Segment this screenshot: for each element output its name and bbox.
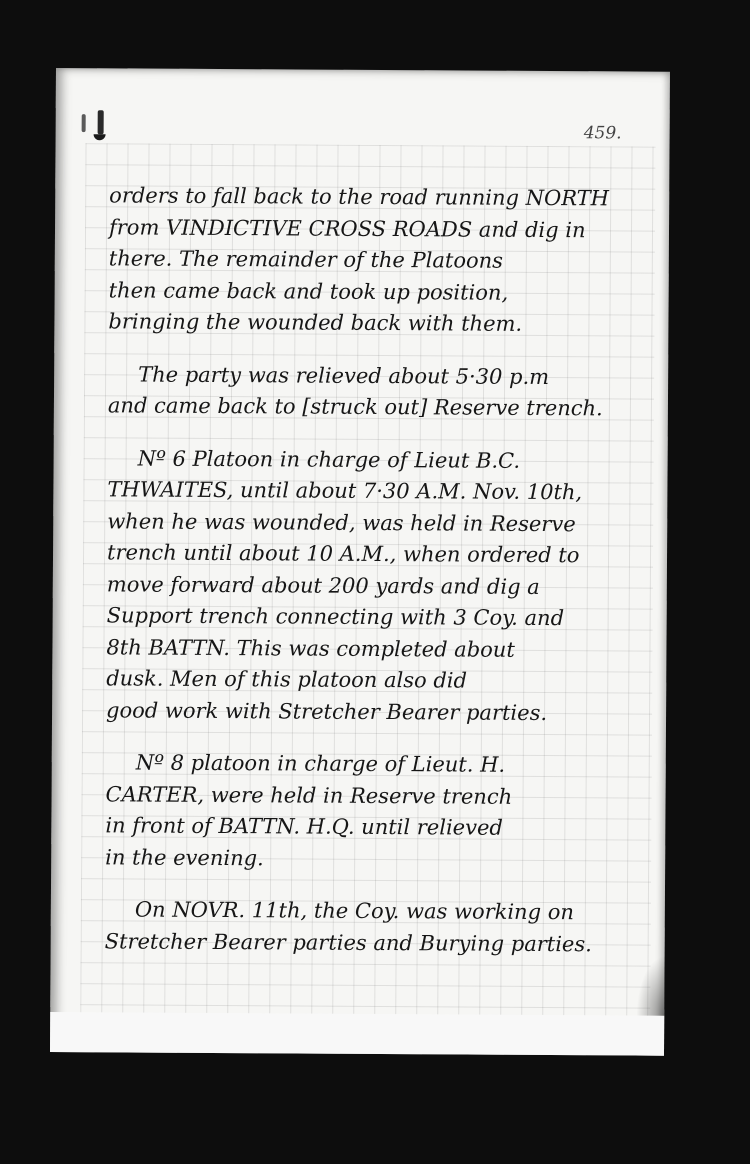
- text-line: in the evening.: [105, 842, 645, 877]
- notebook-page: 459. orders to fall back to the road run…: [50, 68, 670, 1056]
- page-number: 459.: [584, 123, 622, 143]
- text-line: Nº 6 Platoon in charge of Lieut B.C.: [108, 443, 648, 478]
- handwritten-text: orders to fall back to the road running …: [104, 180, 649, 981]
- paragraph-party-relieved: The party was relieved about 5·30 p.m an…: [108, 359, 648, 425]
- text-line: dusk. Men of this platoon also did: [106, 663, 646, 698]
- text-line: move forward about 200 yards and dig a: [107, 569, 647, 604]
- text-line: there. The remainder of the Platoons: [109, 243, 649, 278]
- text-line: THWAITES, until about 7·30 A.M. Nov. 10t…: [107, 474, 647, 509]
- text-line: in front of BATTN. H.Q. until relieved: [105, 810, 645, 845]
- ink-mark-icon: [82, 110, 110, 142]
- ink-mark-blot: [94, 134, 106, 140]
- text-line: and came back to [struck out] Reserve tr…: [108, 390, 648, 425]
- text-line: Stretcher Bearer parties and Burying par…: [105, 926, 645, 961]
- text-line: 8th BATTN. This was completed about: [106, 632, 646, 667]
- paragraph-nov-11: On NOVR. 11th, the Coy. was working on S…: [105, 894, 645, 960]
- text-line: CARTER, were held in Reserve trench: [105, 779, 645, 814]
- paragraph-no8-platoon: Nº 8 platoon in charge of Lieut. H. CART…: [105, 747, 646, 876]
- text-line: Support trench connecting with 3 Coy. an…: [107, 600, 647, 635]
- text-line: then came back and took up position,: [109, 275, 649, 310]
- text-line: On NOVR. 11th, the Coy. was working on: [105, 894, 645, 929]
- text-line: Nº 8 platoon in charge of Lieut. H.: [106, 747, 646, 782]
- text-line: when he was wounded, was held in Reserve: [107, 506, 647, 541]
- text-line: orders to fall back to the road running …: [109, 180, 649, 215]
- ink-mark-stroke: [98, 110, 104, 134]
- scanned-document: 459. orders to fall back to the road run…: [0, 0, 750, 1164]
- paragraph-no6-platoon: Nº 6 Platoon in charge of Lieut B.C. THW…: [106, 443, 648, 730]
- text-line: The party was relieved about 5·30 p.m: [108, 359, 648, 394]
- text-line: trench until about 10 A.M., when ordered…: [107, 537, 647, 572]
- ink-mark-stroke: [82, 114, 86, 132]
- text-line: good work with Stretcher Bearer parties.: [106, 695, 646, 730]
- text-line: from VINDICTIVE CROSS ROADS and dig in: [109, 212, 649, 247]
- paragraph-continuation: orders to fall back to the road running …: [108, 180, 649, 341]
- text-line: bringing the wounded back with them.: [108, 306, 648, 341]
- page-bottom-margin: [50, 1012, 664, 1056]
